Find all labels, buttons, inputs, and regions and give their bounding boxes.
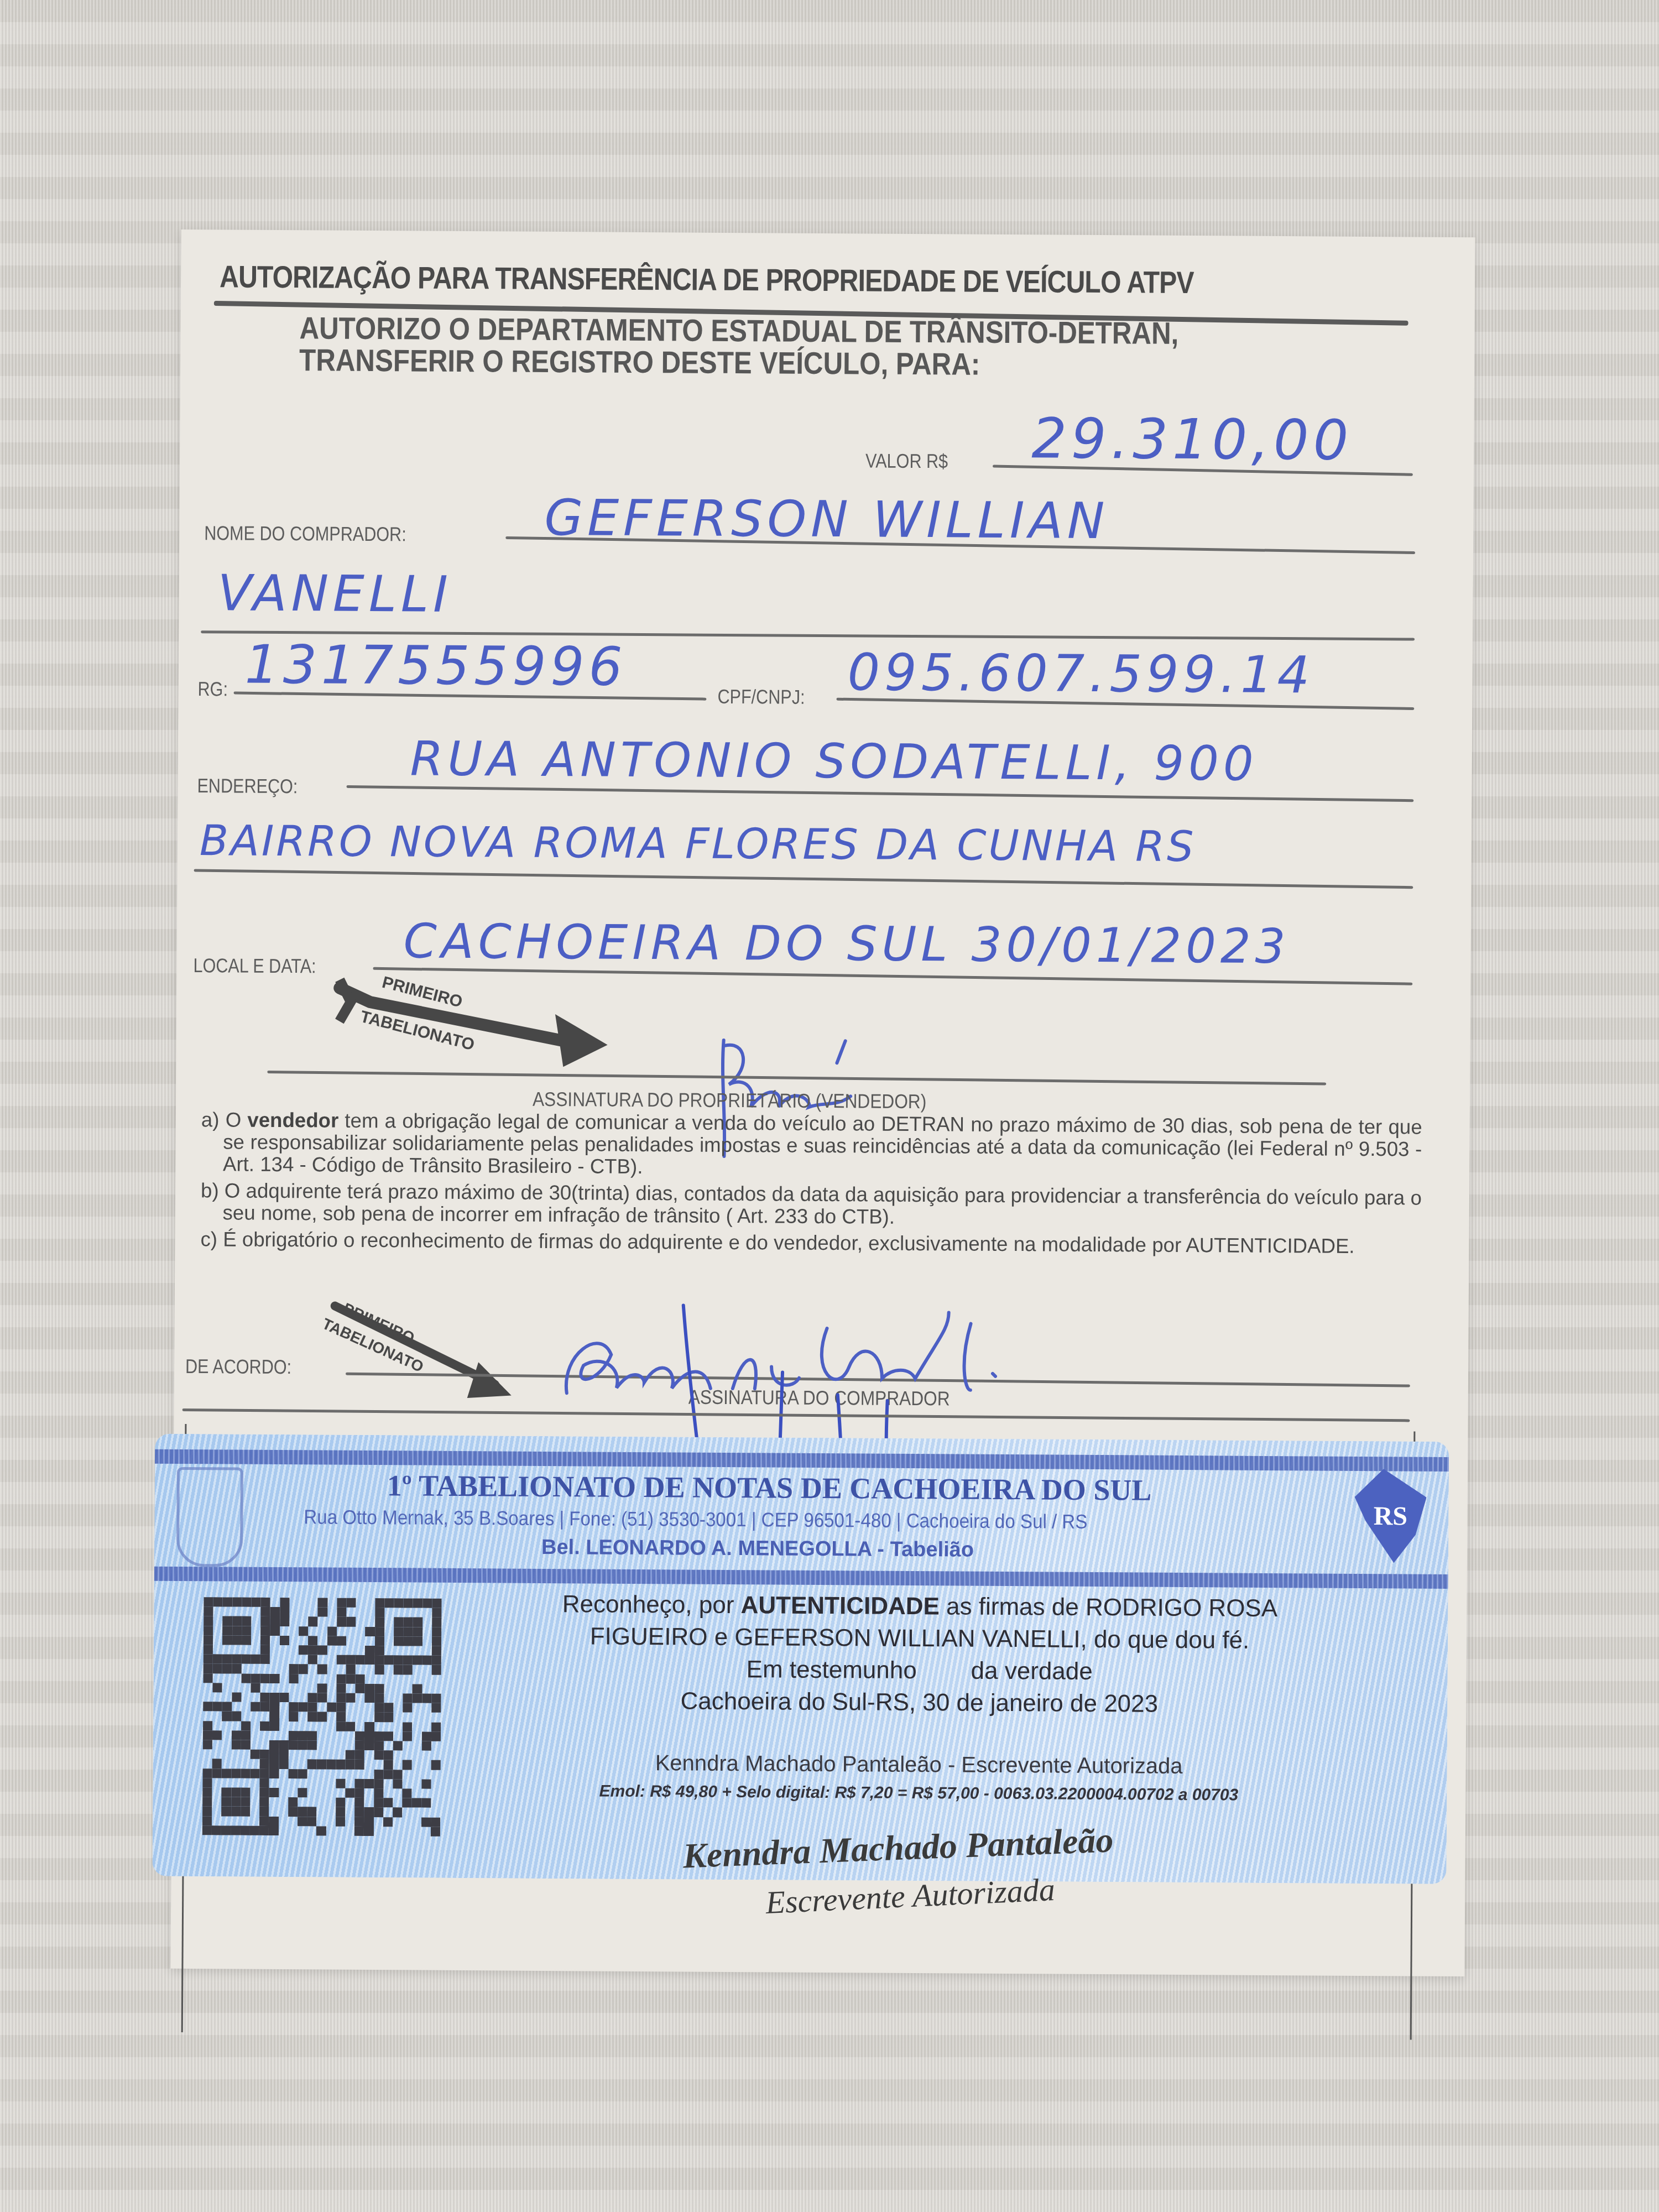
rs-state-map-icon: RS [1354,1469,1427,1563]
endereco-value-line1[interactable]: RUA ANTONIO SODATELLI, 900 [410,731,1258,791]
qr-code[interactable] [202,1597,442,1837]
comprador-label: NOME DO COMPRADOR: [204,521,406,546]
rg-label: RG: [197,677,228,701]
de-acordo-label: DE ACORDO: [185,1355,291,1379]
cert-line-2: FIGUEIRO e GEFERSON WILLIAN VANELLI, do … [463,1620,1376,1657]
form-intro: AUTORIZO O DEPARTAMENTO ESTADUAL DE TRÂN… [299,312,1178,382]
fees-line: Emol: R$ 49,80 + Selo digital: R$ 7,20 =… [462,1781,1375,1806]
clause-c: c) É obrigatório o reconhecimento de fir… [201,1228,1422,1258]
local-data-label: LOCAL E DATA: [193,954,316,978]
coat-of-arms-icon [176,1467,243,1567]
notary-tabeliao: Bel. LEONARDO A. MENEGOLLA - Tabelião [541,1536,974,1562]
clause-b: b) O adquirente terá prazo máximo de 30(… [201,1180,1422,1231]
endereco-value-line2[interactable]: BAIRRO NOVA ROMA FLORES DA CUNHA RS [200,816,1196,871]
form-title: AUTORIZAÇÃO PARA TRANSFERÊNCIA DE PROPRI… [220,258,1233,300]
seller-signature-caption: ASSINATURA DO PROPRIETÁRIO (VENDEDOR) [533,1088,927,1113]
endereco-label: ENDEREÇO: [197,774,298,798]
notary-certification-sticker: 1º TABELIONATO DE NOTAS DE CACHOEIRA DO … [152,1434,1449,1884]
cert-line-4: Cachoeira do Sul-RS, 30 de janeiro de 20… [463,1684,1375,1721]
tabelionato-arrow-stamp-seller: PRIMEIRO TABELIONATO [181,229,1475,237]
legal-clauses: a) O vendedor tem a obrigação legal de c… [200,1109,1422,1262]
cpf-value[interactable]: 095.607.599.14 [847,643,1314,705]
clerk-line: Kenndra Machado Pantaleão - Escrevente A… [463,1750,1375,1780]
local-data-value[interactable]: CACHOEIRA DO SUL 30/01/2023 [403,914,1290,974]
valor-label: VALOR R$ [865,449,948,473]
comprador-value-line2[interactable]: VANELLI [217,564,452,624]
tabelionato-arrow-stamp-buyer: PRIMEIRO TABELIONATO [181,229,1475,237]
notary-name: 1º TABELIONATO DE NOTAS DE CACHOEIRA DO … [387,1468,1152,1507]
rg-value[interactable]: 1317555996 [244,634,627,698]
cert-line-1: Reconheço, por AUTENTICIDADE as firmas d… [463,1588,1376,1625]
atpv-form: AUTORIZAÇÃO PARA TRANSFERÊNCIA DE PROPRI… [170,229,1475,1976]
notary-address: Rua Otto Mernak, 35 B.Soares | Fone: (51… [304,1505,1087,1533]
microprint-band-bottom [154,1567,1448,1589]
cpf-label: CPF/CNPJ: [717,685,805,709]
microprint-band-top [155,1449,1449,1472]
cert-line-3: Em testemunho da verdade [463,1652,1376,1689]
certification-text: Reconheço, por AUTENTICIDADE as firmas d… [463,1588,1376,1721]
clause-a: a) O vendedor tem a obrigação legal de c… [201,1109,1422,1182]
valor-value[interactable]: 29.310,00 [1031,406,1353,473]
endereco-rule-2 [194,869,1413,889]
comprador-value-line1[interactable]: GEFERSON WILLIAN [544,489,1109,550]
